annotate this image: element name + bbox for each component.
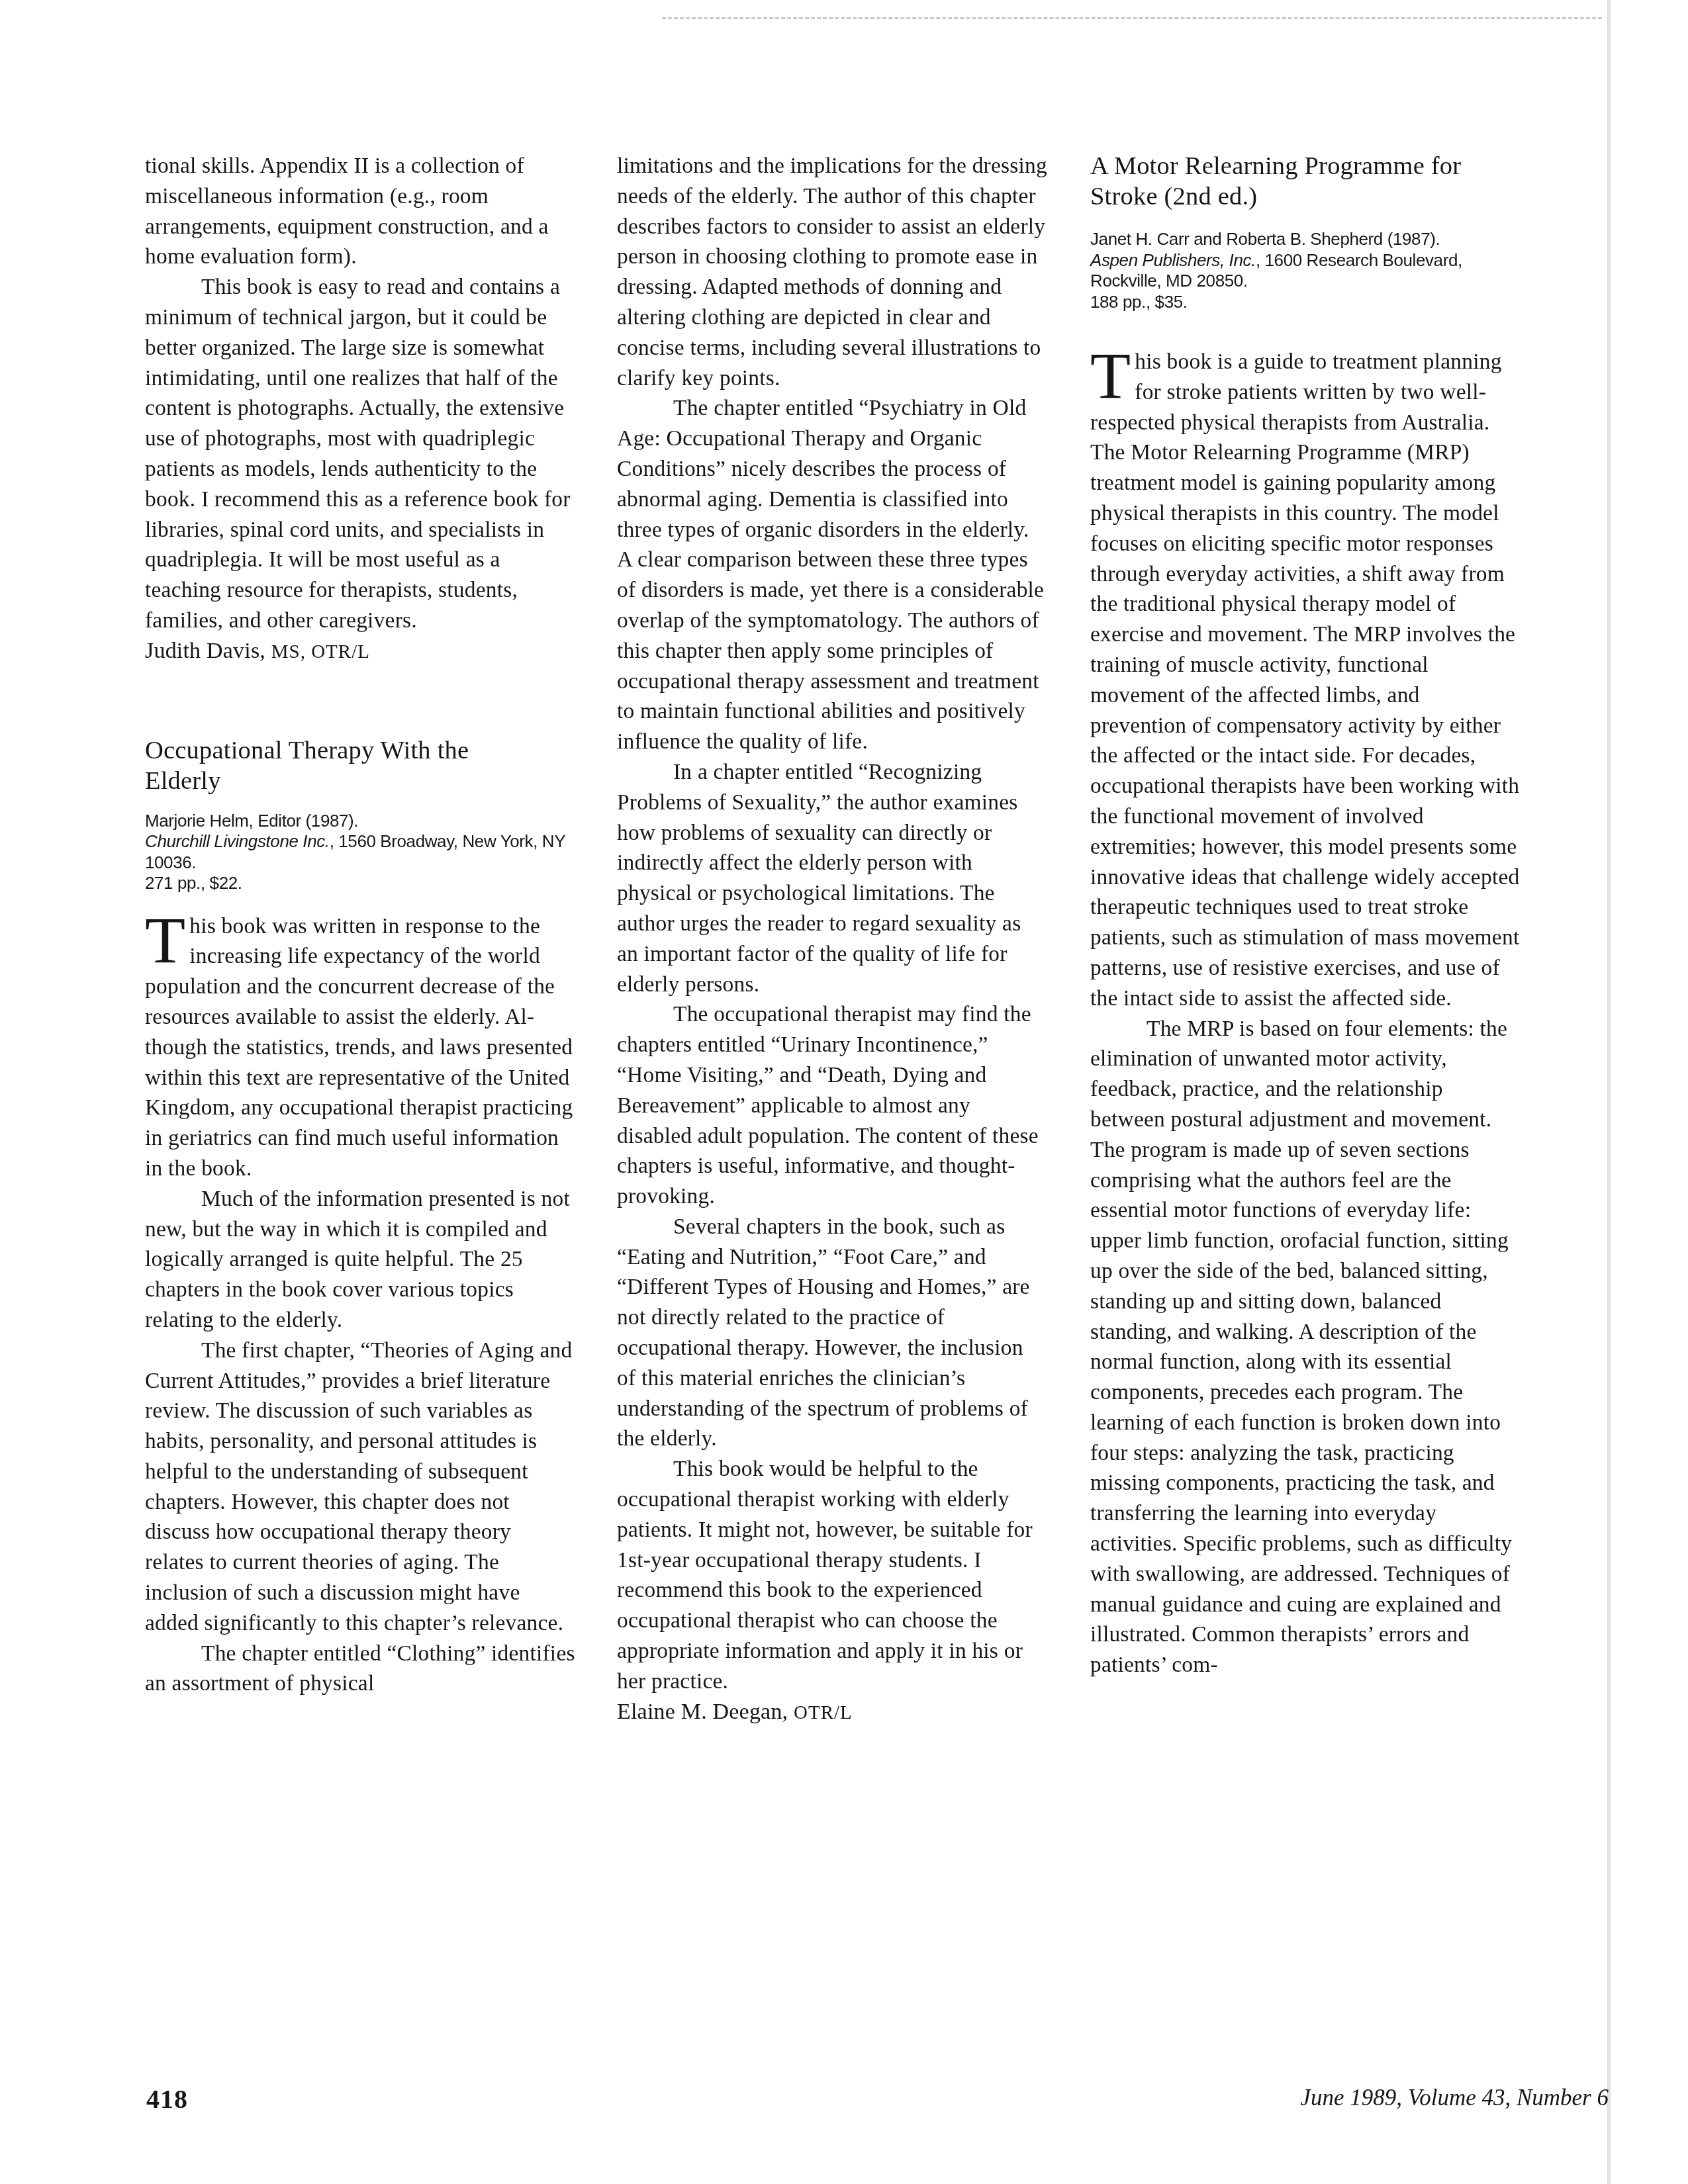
reviewer-credentials: OTR/L (794, 1702, 853, 1723)
page-spine-shadow (1607, 0, 1611, 2184)
review2-publisher: Churchill Livingstone Inc. (145, 831, 330, 851)
review2-paragraph: limitations and the implications for the… (617, 151, 1047, 393)
review1-signature: Judith Davis, MS, OTR/L (145, 636, 575, 668)
review2-paragraph: Much of the information pre­sented is no… (145, 1184, 575, 1336)
column-right: A Motor Relearning Programme for Stroke … (1090, 151, 1521, 1680)
dropcap: T (145, 915, 185, 964)
review2-paragraph: The chapter entitled “Clothing” identifi… (145, 1639, 575, 1700)
review2-title: Occupational Therapy With the Elderly (145, 735, 542, 796)
review3-author-line: Janet H. Carr and Roberta B. Shepherd (1… (1090, 229, 1521, 250)
review3-title: A Motor Relearning Programme for Stroke … (1090, 151, 1521, 212)
reviewer-name: Elaine M. Deegan, (617, 1700, 788, 1724)
page-number: 418 (146, 2083, 188, 2115)
review3-publisher-line: Aspen Publishers, Inc., 1600 Research Bo… (1090, 250, 1521, 292)
review2-paragraph: This book would be helpful to the occupa… (617, 1454, 1047, 1696)
review2-author-line: Marjorie Helm, Editor (1987). (145, 811, 575, 832)
review3-publisher: Aspen Publishers, Inc. (1090, 250, 1256, 270)
review2-publisher-line: Churchill Livingstone Inc., 1560 Broadwa… (145, 831, 575, 873)
review2-paragraph: This book was written in response to the… (145, 911, 575, 1184)
dropcap: T (1090, 351, 1131, 400)
scan-artifact-line (662, 17, 1602, 19)
column-left: tional skills. Appendix II is a collec­t… (145, 151, 575, 1699)
column-middle: limitations and the implications for the… (617, 151, 1047, 1728)
review1-paragraph: This book is easy to read and contains a… (145, 272, 575, 636)
reviewer-credentials: MS, OTR/L (271, 641, 370, 662)
review3-paragraph: The MRP is based on four ele­ments: the … (1090, 1014, 1521, 1681)
review2-paragraph: The first chapter, “Theories of Aging an… (145, 1336, 575, 1639)
reviewer-name: Judith Davis, (145, 639, 265, 663)
review2-paragraph: The occupational therapist may find the … (617, 999, 1047, 1212)
journal-issue: June 1989, Volume 43, Number 6 (1300, 2085, 1609, 2111)
review3-paragraph: This book is a guide to treatment planni… (1090, 347, 1521, 1014)
review2-paragraph: In a chapter entitled “Recogniz­ing Prob… (617, 757, 1047, 999)
review3-pages-price: 188 pp., $35. (1090, 292, 1521, 313)
review2-signature: Elaine M. Deegan, OTR/L (617, 1697, 1047, 1729)
review2-pages-price: 271 pp., $22. (145, 873, 575, 894)
review2-paragraph: The chapter entitled “Psychiatry in Old … (617, 393, 1047, 757)
review2-paragraph: Several chapters in the book, such as “E… (617, 1212, 1047, 1454)
review1-paragraph: tional skills. Appendix II is a collec­t… (145, 151, 575, 272)
